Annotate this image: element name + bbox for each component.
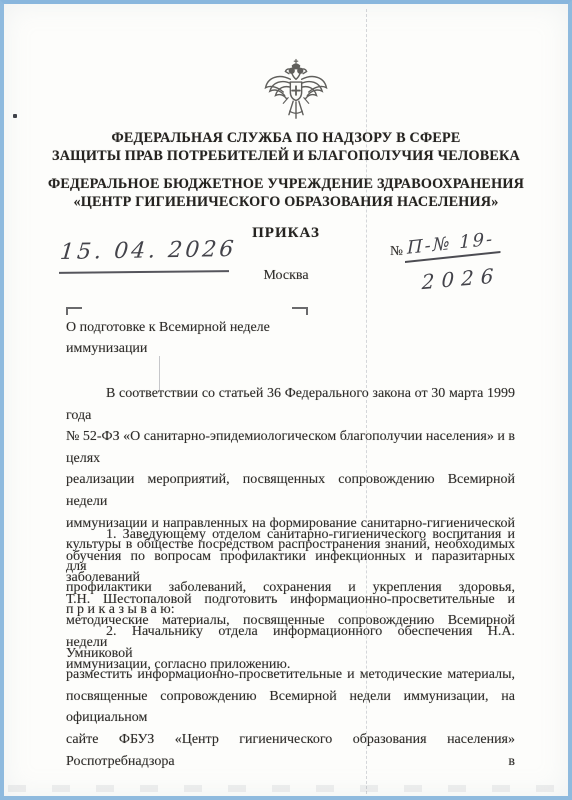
corner-mark-right-icon [292,307,308,315]
document-number-block: № П-№ 19- 2026 [390,238,566,294]
number-sign: № [390,243,405,263]
subject-line1: О подготовке к Всемирной неделе [66,318,346,339]
body-text-line: № 52-ФЗ «О санитарно-эпидемиологическом … [66,426,515,469]
scanned-document-page: ФЕДЕРАЛЬНАЯ СЛУЖБА ПО НАДЗОРУ В СФЕРЕ ЗА… [0,0,572,800]
agency-name-line2: ЗАЩИТЫ ПРАВ ПОТРЕБИТЕЛЕЙ И БЛАГОПОЛУЧИЯ … [4,148,568,166]
handwritten-number-line2: 2026 [422,263,501,294]
body-text-line: обучения по вопросам профилактики инфекц… [66,546,515,589]
agency-name-line1: ФЕДЕРАЛЬНАЯ СЛУЖБА ПО НАДЗОРУ В СФЕРЕ [4,130,568,148]
order-item-2-paragraph: 2. Начальнику отдела информационного обе… [66,621,515,772]
body-text-line: посвященные сопровождению Всемирной неде… [66,686,515,729]
institution-name-line1: ФЕДЕРАЛЬНОЕ БЮДЖЕТНОЕ УЧРЕЖДЕНИЕ ЗДРАВОО… [4,176,568,194]
body-text-line: реализации мероприятий, посвященных сопр… [66,469,515,512]
agency-name: ФЕДЕРАЛЬНАЯ СЛУЖБА ПО НАДЗОРУ В СФЕРЕ ЗА… [4,130,568,165]
handwritten-date: 15. 04. 2026 [59,237,237,265]
scan-speck [13,114,17,118]
body-text-line: Т.Н. Шестопаловой подготовить информацио… [66,589,515,611]
body-text-line: разместить информационно-просветительные… [66,664,515,686]
subject-line2: иммунизации [66,339,346,360]
scan-bottom-smudge [8,785,568,792]
subject-block: О подготовке к Всемирной неделе иммуниза… [66,318,346,359]
body-text-line: 1. Заведующему отделом санитарно-гигиени… [66,524,515,546]
institution-name-line2: «ЦЕНТР ГИГИЕНИЧЕСКОГО ОБРАЗОВАНИЯ НАСЕЛЕ… [4,194,568,212]
body-text-line: сайте ФБУЗ «Центр гигиенического образов… [66,729,515,772]
scan-crease-line [366,9,367,799]
rospotrebnadzor-emblem-icon [260,58,332,126]
institution-name: ФЕДЕРАЛЬНОЕ БЮДЖЕТНОЕ УЧРЕЖДЕНИЕ ЗДРАВОО… [4,176,568,211]
scan-artifact-line [159,356,160,390]
body-text-line: В соответствии со статьей 36 Федеральног… [66,383,515,426]
corner-mark-left-icon [66,307,82,315]
body-text-line: 2. Начальнику отдела информационного обе… [66,621,515,664]
